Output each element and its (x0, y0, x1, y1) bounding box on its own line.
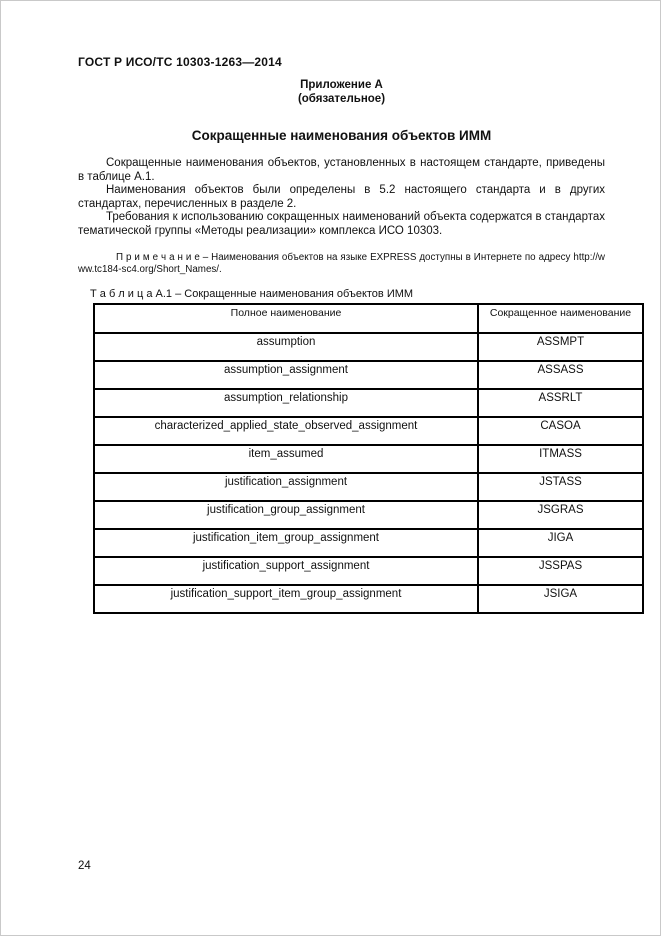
full-name-cell: justification_support_item_group_assignm… (94, 585, 478, 613)
paragraph-1: Сокращенные наименования объектов, устан… (78, 157, 605, 184)
paragraph-3: Требования к использованию сокращенных н… (78, 211, 605, 238)
page-title: Сокращенные наименования объектов ИММ (78, 128, 605, 144)
short-name-cell: ITMASS (478, 445, 643, 473)
short-name-cell: JSTASS (478, 473, 643, 501)
table-row: justification_support_item_group_assignm… (94, 585, 643, 613)
table-header-row: Полное наименование Сокращенное наименов… (94, 304, 643, 333)
full-name-cell: justification_item_group_assignment (94, 529, 478, 557)
table-row: characterized_applied_state_observed_ass… (94, 417, 643, 445)
table-row: justification_item_group_assignment JIGA (94, 529, 643, 557)
full-name-cell: justification_support_assignment (94, 557, 478, 585)
table-row: justification_assignment JSTASS (94, 473, 643, 501)
table-row: justification_group_assignment JSGRAS (94, 501, 643, 529)
table-row: assumption ASSMPT (94, 333, 643, 361)
column-header-short-name: Сокращенное наименование (478, 304, 643, 333)
table-row: assumption_relationship ASSRLT (94, 389, 643, 417)
full-name-cell: assumption_relationship (94, 389, 478, 417)
full-name-cell: justification_assignment (94, 473, 478, 501)
full-name-cell: item_assumed (94, 445, 478, 473)
imm-short-names-table: Полное наименование Сокращенное наименов… (93, 303, 644, 614)
table-body: assumption ASSMPT assumption_assignment … (94, 333, 643, 613)
short-name-cell: ASSRLT (478, 389, 643, 417)
short-name-cell: JIGA (478, 529, 643, 557)
table-row: justification_support_assignment JSSPAS (94, 557, 643, 585)
annex-heading: Приложение А (обязательное) (78, 79, 605, 106)
full-name-cell: characterized_applied_state_observed_ass… (94, 417, 478, 445)
table-caption: Т а б л и ц а А.1 – Сокращенные наименов… (90, 288, 605, 301)
standard-designation: ГОСТ Р ИСО/ТС 10303-1263—2014 (78, 55, 605, 69)
document-page: ГОСТ Р ИСО/ТС 10303-1263—2014 Приложение… (0, 0, 661, 936)
short-name-cell: ASSASS (478, 361, 643, 389)
short-name-cell: JSIGA (478, 585, 643, 613)
full-name-cell: assumption (94, 333, 478, 361)
short-name-cell: JSSPAS (478, 557, 643, 585)
short-name-cell: ASSMPT (478, 333, 643, 361)
full-name-cell: assumption_assignment (94, 361, 478, 389)
short-name-cell: JSGRAS (478, 501, 643, 529)
table-row: assumption_assignment ASSASS (94, 361, 643, 389)
annex-label: Приложение А (78, 79, 605, 93)
note-paragraph: П р и м е ч а н и е – Наименования объек… (78, 252, 605, 276)
annex-type: (обязательное) (78, 93, 605, 107)
paragraph-2: Наименования объектов были определены в … (78, 184, 605, 211)
full-name-cell: justification_group_assignment (94, 501, 478, 529)
short-name-cell: CASOA (478, 417, 643, 445)
page-number: 24 (78, 860, 91, 873)
table-row: item_assumed ITMASS (94, 445, 643, 473)
column-header-full-name: Полное наименование (94, 304, 478, 333)
